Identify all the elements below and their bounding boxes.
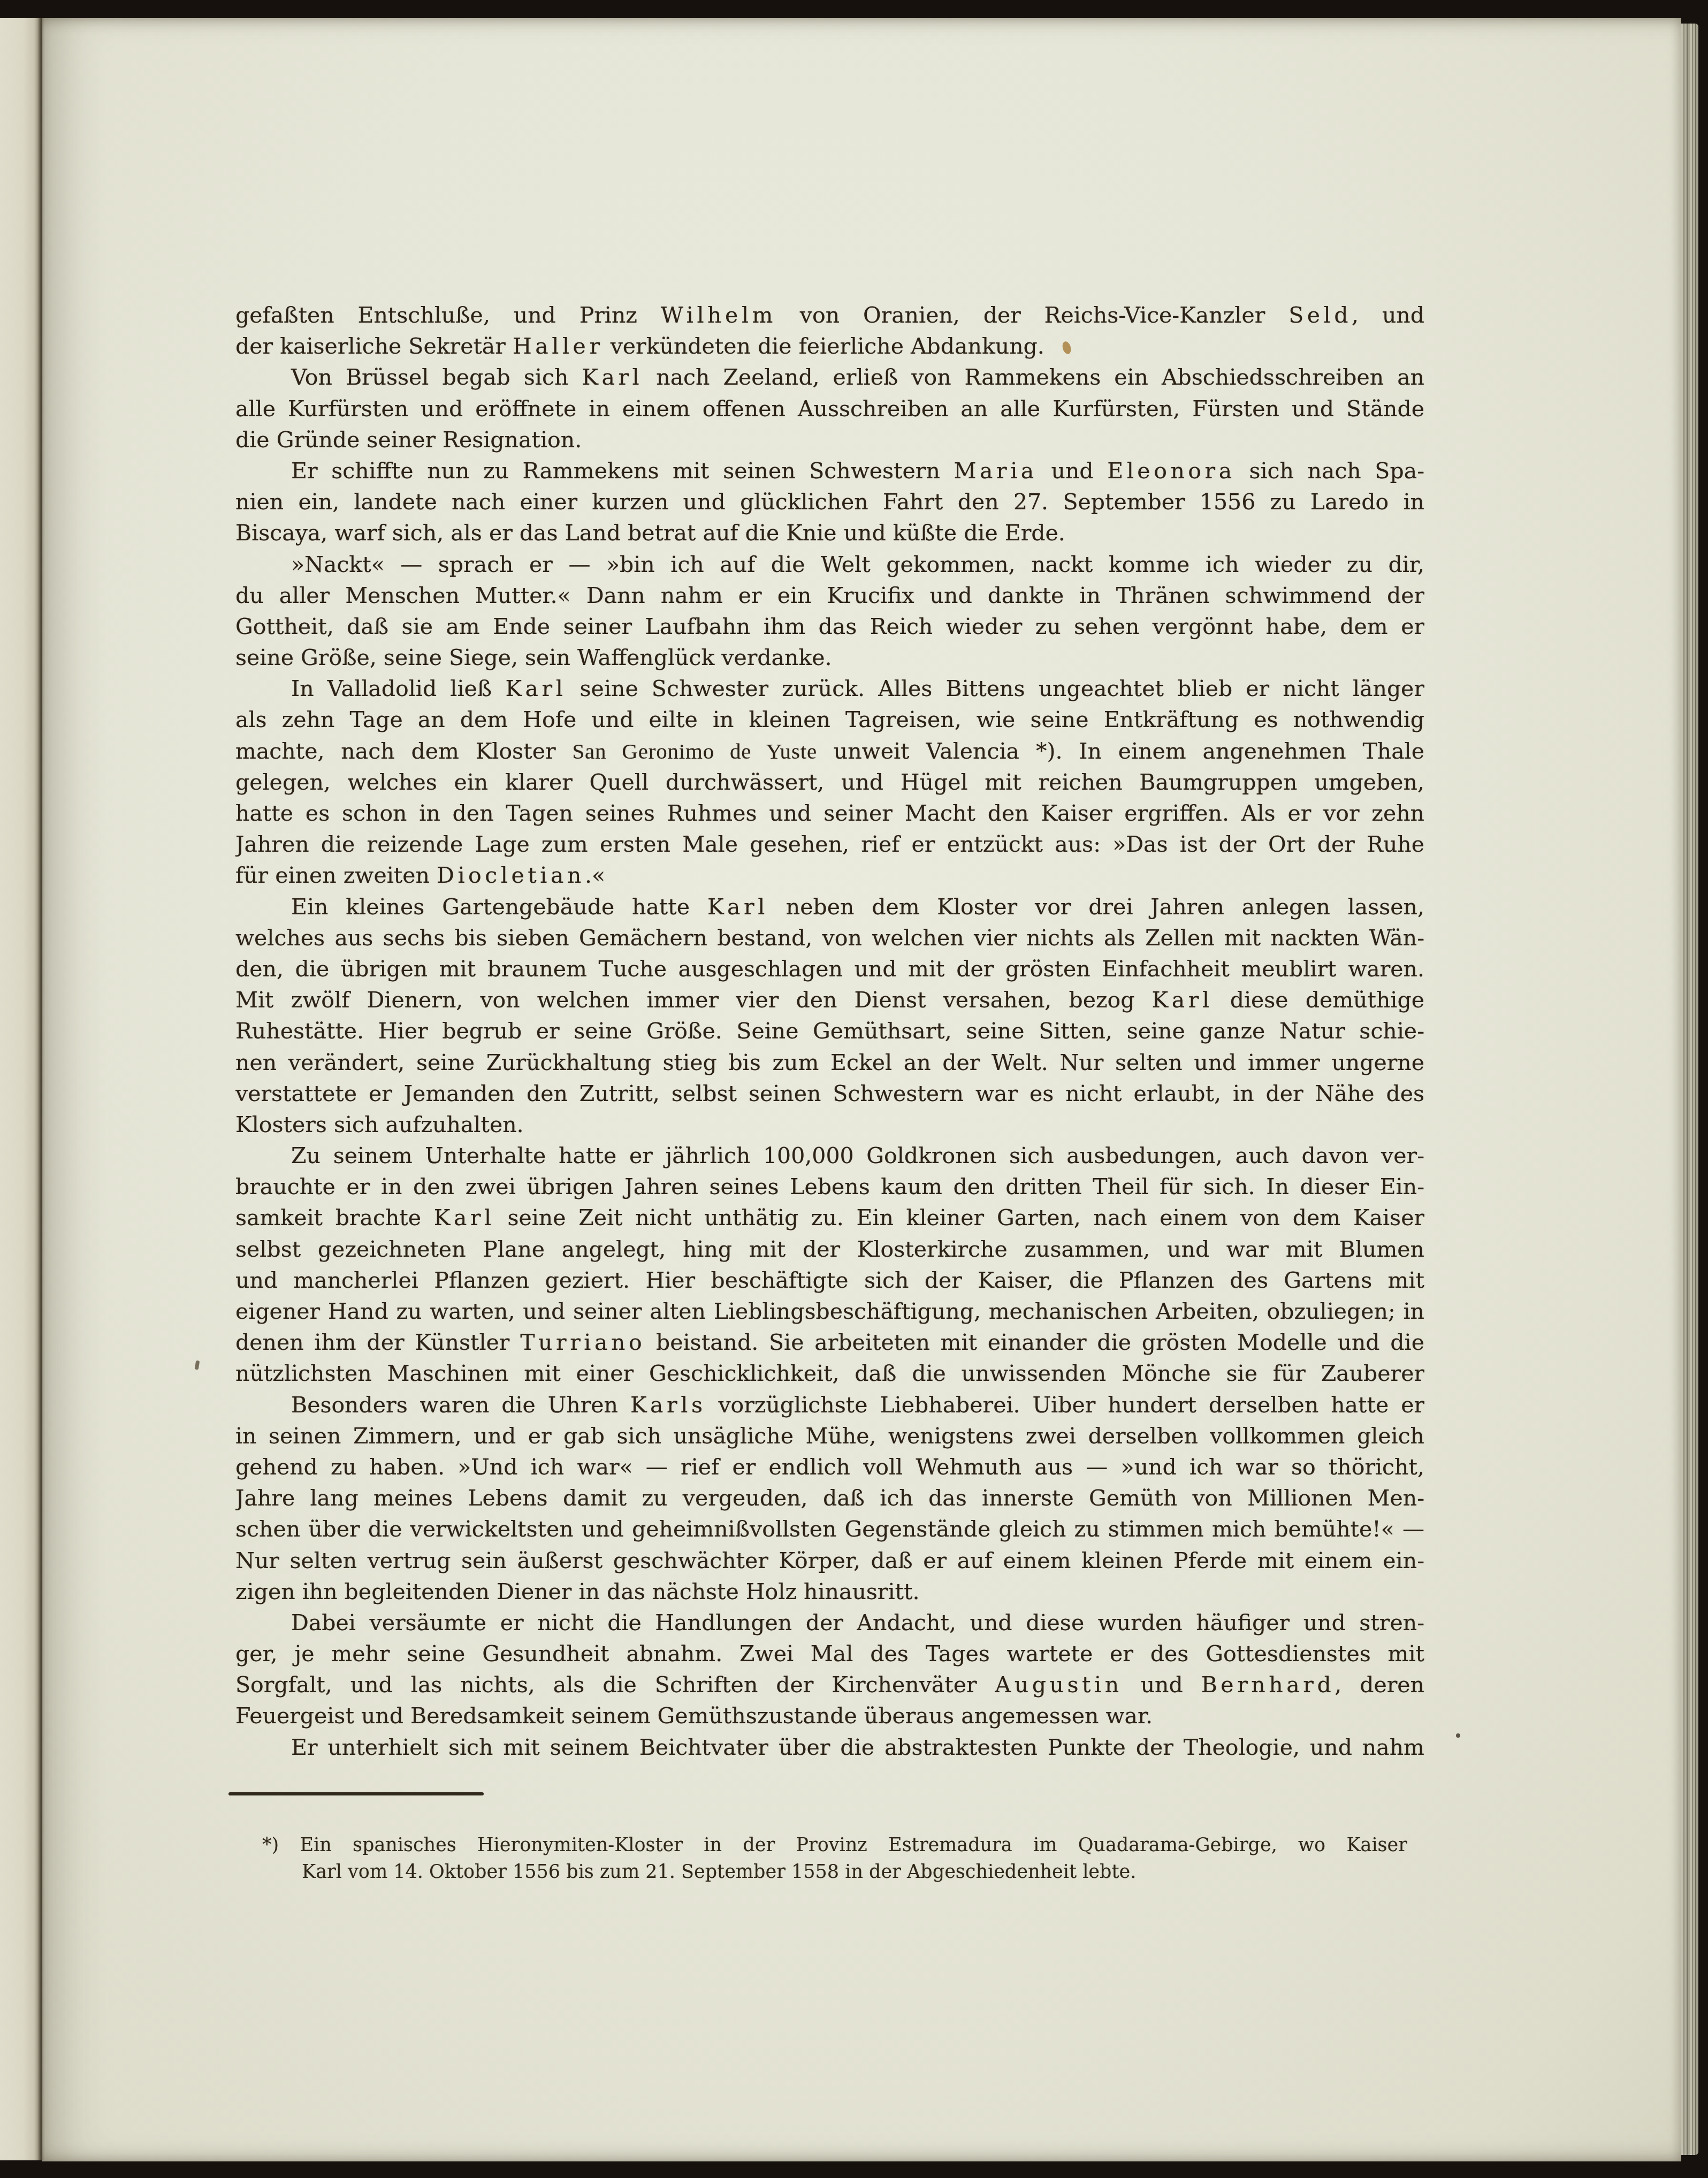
paragraph: Dabei versäumte er nicht die Handlungen … — [235, 1607, 1424, 1732]
text-run: Nur selten vertrug sein äußerst geschwäc… — [235, 1548, 1424, 1573]
text-line: nen verändert, seine Zurückhaltung stieg… — [235, 1047, 1424, 1078]
letterspaced-name: Karl — [582, 364, 643, 390]
paragraph: Er schiffte nun zu Rammekens mit seinen … — [235, 455, 1424, 549]
letterspaced-name: Bernhard — [1201, 1672, 1335, 1698]
text-run: der kaiserliche Sekretär — [235, 333, 513, 359]
text-run: Ein kleines Gartengebäude hatte — [291, 894, 707, 920]
text-line: der kaiserliche Sekretär Haller verkünde… — [235, 331, 1424, 362]
text-line: Jahre lang meines Lebens damit zu vergeu… — [235, 1482, 1424, 1514]
footnote: *) Ein spanisches Hieronymiten-Kloster i… — [262, 1832, 1407, 1885]
text-line: verstattete er Jemanden den Zutritt, sel… — [235, 1078, 1424, 1109]
text-run: neben dem Kloster vor drei Jahren anlege… — [768, 894, 1424, 920]
text-run: als zehn Tage an dem Hofe und eilte in k… — [235, 707, 1424, 732]
text-line: Sorgfalt, und las nichts, als die Schrif… — [235, 1669, 1424, 1700]
antiqua-text: San Geronimo de Yuste — [572, 739, 817, 763]
paragraph: gefaßten Entschluße, und Prinz Wilhelm v… — [235, 300, 1424, 362]
text-run: *) Ein spanisches Hieronymiten-Kloster i… — [262, 1835, 1407, 1856]
text-run: diese demüthige — [1213, 987, 1424, 1013]
text-line: Biscaya, warf sich, als er das Land betr… — [235, 517, 1424, 548]
text-run: alle Kurfürsten und eröffnete in einem o… — [235, 396, 1424, 422]
paragraph: Von Brüssel begab sich Karl nach Zeeland… — [235, 362, 1424, 455]
underlying-page-edge — [0, 18, 42, 2160]
text-run: .« — [585, 862, 605, 888]
text-line: zigen ihn begleitenden Diener in das näc… — [235, 1576, 1424, 1607]
paragraph: Besonders waren die Uhren Karls vorzügli… — [235, 1389, 1424, 1607]
text-line: Gottheit, daß sie am Ende seiner Laufbah… — [235, 611, 1424, 642]
text-run: Jahre lang meines Lebens damit zu vergeu… — [235, 1485, 1424, 1511]
text-line: In Valladolid ließ Karl seine Schwester … — [235, 673, 1424, 704]
text-line: *) Ein spanisches Hieronymiten-Kloster i… — [262, 1832, 1407, 1859]
text-line: machte, nach dem Kloster San Geronimo de… — [235, 736, 1424, 767]
text-run: Feuergeist und Beredsamkeit seinem Gemüt… — [235, 1703, 1153, 1729]
text-run: Von Brüssel begab sich — [291, 364, 582, 390]
text-run: in seinen Zimmern, und er gab sich unsäg… — [235, 1423, 1424, 1449]
text-run: In Valladolid ließ — [291, 676, 505, 701]
text-run: Klosters sich aufzuhalten. — [235, 1112, 524, 1137]
letterspaced-name: Maria — [954, 458, 1037, 484]
text-line: denen ihm der Künstler Turriano beistand… — [235, 1327, 1424, 1358]
text-run: und — [1123, 1672, 1201, 1698]
text-line: und mancherlei Pflanzen geziert. Hier be… — [235, 1265, 1424, 1296]
text-line: Ein kleines Gartengebäude hatte Karl neb… — [235, 891, 1424, 922]
ink-dot — [1456, 1733, 1460, 1738]
letterspaced-name: Karls — [630, 1392, 706, 1418]
text-run: denen ihm der Künstler — [235, 1329, 520, 1355]
text-run: Karl vom 14. Oktober 1556 bis zum 21. Se… — [302, 1861, 1136, 1883]
paragraph: In Valladolid ließ Karl seine Schwester … — [235, 673, 1424, 891]
text-run: beistand. Sie arbeiteten mit einander di… — [645, 1329, 1424, 1355]
text-run: ger, je mehr seine Gesundheit abnahm. Zw… — [235, 1641, 1424, 1667]
text-run: gelegen, welches ein klarer Quell durchw… — [235, 769, 1424, 795]
text-line: Dabei versäumte er nicht die Handlungen … — [235, 1607, 1424, 1638]
text-run: nach Zeeland, erließ von Rammekens ein A… — [643, 364, 1424, 390]
text-run: Er schiffte nun zu Rammekens mit seinen … — [291, 458, 954, 484]
text-line: Feuergeist und Beredsamkeit seinem Gemüt… — [235, 1700, 1424, 1731]
text-line: als zehn Tage an dem Hofe und eilte in k… — [235, 704, 1424, 735]
text-line: gefaßten Entschluße, und Prinz Wilhelm v… — [235, 300, 1424, 331]
footnote-paragraph: *) Ein spanisches Hieronymiten-Kloster i… — [262, 1832, 1407, 1885]
text-run: nen verändert, seine Zurückhaltung stieg… — [235, 1050, 1424, 1075]
text-run: nützlichsten Maschinen mit einer Geschic… — [235, 1361, 1424, 1389]
letterspaced-name: Haller — [513, 333, 604, 359]
text-line: gehend zu haben. »Und ich war« — rief er… — [235, 1451, 1424, 1482]
text-line: ger, je mehr seine Gesundheit abnahm. Zw… — [235, 1638, 1424, 1669]
text-run: welches aus sechs bis sieben Gemächern b… — [235, 925, 1424, 951]
paragraph: Ein kleines Gartengebäude hatte Karl neb… — [235, 891, 1424, 1141]
text-run: eigener Hand zu warten, und seiner alten… — [235, 1298, 1424, 1324]
paragraph: Er unterhielt sich mit seinem Beichtvate… — [235, 1732, 1424, 1763]
text-line: nien ein, landete nach einer kurzen und … — [235, 486, 1424, 517]
text-line: Er schiffte nun zu Rammekens mit seinen … — [235, 455, 1424, 486]
text-line: Zu seinem Unterhalte hatte er jährlich 1… — [235, 1140, 1424, 1171]
text-run: verkündeten die feierliche Abdankung. — [604, 333, 1044, 359]
text-run: verstattete er Jemanden den Zutritt, sel… — [235, 1081, 1424, 1106]
text-run: den, die übrigen mit braunem Tuche ausge… — [235, 956, 1424, 982]
text-run: gehend zu haben. »Und ich war« — rief er… — [235, 1454, 1424, 1480]
letterspaced-name: Wilhelm — [661, 302, 776, 328]
letterspaced-name: Seld — [1288, 302, 1352, 328]
letterspaced-name: Karl — [707, 894, 768, 920]
page-text: gefaßten Entschluße, und Prinz Wilhelm v… — [235, 300, 1424, 1763]
text-line: Er unterhielt sich mit seinem Beichtvate… — [235, 1732, 1424, 1763]
text-line: eigener Hand zu warten, und seiner alten… — [235, 1296, 1424, 1327]
text-line: alle Kurfürsten und eröffnete in einem o… — [235, 393, 1424, 424]
text-run: Er unterhielt sich mit seinem Beichtvate… — [291, 1734, 1424, 1760]
text-run: nien ein, landete nach einer kurzen und … — [235, 489, 1424, 515]
page-right-stack-edge — [1681, 24, 1698, 2155]
text-run: Besonders waren die Uhren — [291, 1392, 630, 1418]
text-line: gelegen, welches ein klarer Quell durchw… — [235, 767, 1424, 798]
letterspaced-name: Karl — [1152, 987, 1213, 1013]
letterspaced-name: Diocletian — [437, 862, 585, 888]
footnote-separator-rule — [228, 1792, 484, 1795]
text-run: seine Schwester zurück. Alles Bittens un… — [566, 676, 1424, 701]
text-line: für einen zweiten Diocletian.« — [235, 860, 1424, 891]
letterspaced-name: Eleonora — [1107, 458, 1236, 484]
text-run: Ruhestätte. Hier begrub er seine Größe. … — [235, 1018, 1424, 1044]
text-run: machte, nach dem Kloster — [235, 738, 572, 764]
text-run: seine Größe, seine Siege, sein Waffenglü… — [235, 645, 832, 670]
text-line: hatte es schon in den Tagen seines Ruhme… — [235, 798, 1424, 829]
text-line: samkeit brachte Karl seine Zeit nicht un… — [235, 1202, 1424, 1233]
text-run: die Gründe seiner Resignation. — [235, 427, 582, 453]
text-run: und — [1038, 458, 1107, 484]
text-run: selbst gezeichneten Plane angelegt, hing… — [235, 1236, 1424, 1262]
text-run: vorzüglichste Liebhaberei. Uiber hundert… — [706, 1392, 1424, 1418]
text-run: Sorgfalt, und las nichts, als die Schrif… — [235, 1672, 995, 1698]
letterspaced-name: Karl — [434, 1205, 495, 1231]
scanned-book-page: gefaßten Entschluße, und Prinz Wilhelm v… — [0, 0, 1708, 2178]
text-run: brauchte er in den zwei übrigen Jahren s… — [235, 1174, 1424, 1199]
text-run: sich nach Spa- — [1236, 458, 1424, 484]
text-line: den, die übrigen mit braunem Tuche ausge… — [235, 953, 1424, 984]
text-line: seine Größe, seine Siege, sein Waffenglü… — [235, 642, 1424, 673]
text-line: Klosters sich aufzuhalten. — [235, 1109, 1424, 1140]
text-line: welches aus sechs bis sieben Gemächern b… — [235, 922, 1424, 953]
letterspaced-name: Karl — [505, 676, 566, 701]
paragraph: Zu seinem Unterhalte hatte er jährlich 1… — [235, 1140, 1424, 1389]
text-line: Jahren die reizende Lage zum ersten Male… — [235, 829, 1424, 860]
text-line: Mit zwölf Dienern, von welchen immer vie… — [235, 984, 1424, 1015]
text-run: Zu seinem Unterhalte hatte er jährlich 1… — [291, 1143, 1424, 1168]
text-run: zigen ihn begleitenden Diener in das näc… — [235, 1579, 920, 1604]
gutter-crease — [37, 18, 45, 2160]
text-run: unweit Valencia *). In einem angenehmen … — [817, 738, 1424, 764]
text-line: die Gründe seiner Resignation. — [235, 424, 1424, 455]
text-run: , deren — [1335, 1672, 1424, 1698]
text-run: »Nackt« — sprach er — »bin ich auf die W… — [291, 552, 1424, 577]
paragraph: »Nackt« — sprach er — »bin ich auf die W… — [235, 549, 1424, 674]
text-run: und mancherlei Pflanzen geziert. Hier be… — [235, 1267, 1424, 1293]
letterspaced-name: Turriano — [520, 1329, 645, 1355]
text-line: »Nackt« — sprach er — »bin ich auf die W… — [235, 549, 1424, 580]
text-line: Besonders waren die Uhren Karls vorzügli… — [235, 1389, 1424, 1420]
text-line: brauchte er in den zwei übrigen Jahren s… — [235, 1171, 1424, 1202]
text-run: Dabei versäumte er nicht die Handlungen … — [291, 1610, 1424, 1636]
text-line: schen über die verwickeltsten und geheim… — [235, 1514, 1424, 1545]
text-run: , und — [1352, 302, 1424, 328]
text-run: schen über die verwickeltsten und geheim… — [235, 1516, 1424, 1542]
text-run: gefaßten Entschluße, und Prinz — [235, 302, 661, 328]
text-line: Nur selten vertrug sein äußerst geschwäc… — [235, 1545, 1424, 1576]
text-run: Gottheit, daß sie am Ende seiner Laufbah… — [235, 614, 1424, 639]
text-line: Ruhestätte. Hier begrub er seine Größe. … — [235, 1015, 1424, 1046]
text-run: für einen zweiten — [235, 862, 437, 888]
text-run: samkeit brachte — [235, 1205, 434, 1231]
text-run: von Oranien, der Reichs-Vice-Kanzler — [776, 302, 1288, 328]
text-run: du aller Menschen Mutter.« Dann nahm er … — [235, 583, 1424, 608]
text-line: nützlichsten Maschinen mit einer Geschic… — [235, 1358, 1424, 1389]
letterspaced-name: Augustin — [995, 1672, 1123, 1698]
text-line: in seinen Zimmern, und er gab sich unsäg… — [235, 1420, 1424, 1451]
text-run: hatte es schon in den Tagen seines Ruhme… — [235, 800, 1424, 826]
text-line: Von Brüssel begab sich Karl nach Zeeland… — [235, 362, 1424, 393]
text-line: Karl vom 14. Oktober 1556 bis zum 21. Se… — [262, 1859, 1407, 1885]
text-run: Biscaya, warf sich, als er das Land betr… — [235, 520, 1065, 546]
text-run: seine Zeit nicht unthätig zu. Ein kleine… — [495, 1205, 1424, 1231]
text-line: selbst gezeichneten Plane angelegt, hing… — [235, 1234, 1424, 1265]
text-run: Mit zwölf Dienern, von welchen immer vie… — [235, 987, 1152, 1013]
text-run: Jahren die reizende Lage zum ersten Male… — [235, 831, 1424, 857]
text-line: du aller Menschen Mutter.« Dann nahm er … — [235, 580, 1424, 611]
